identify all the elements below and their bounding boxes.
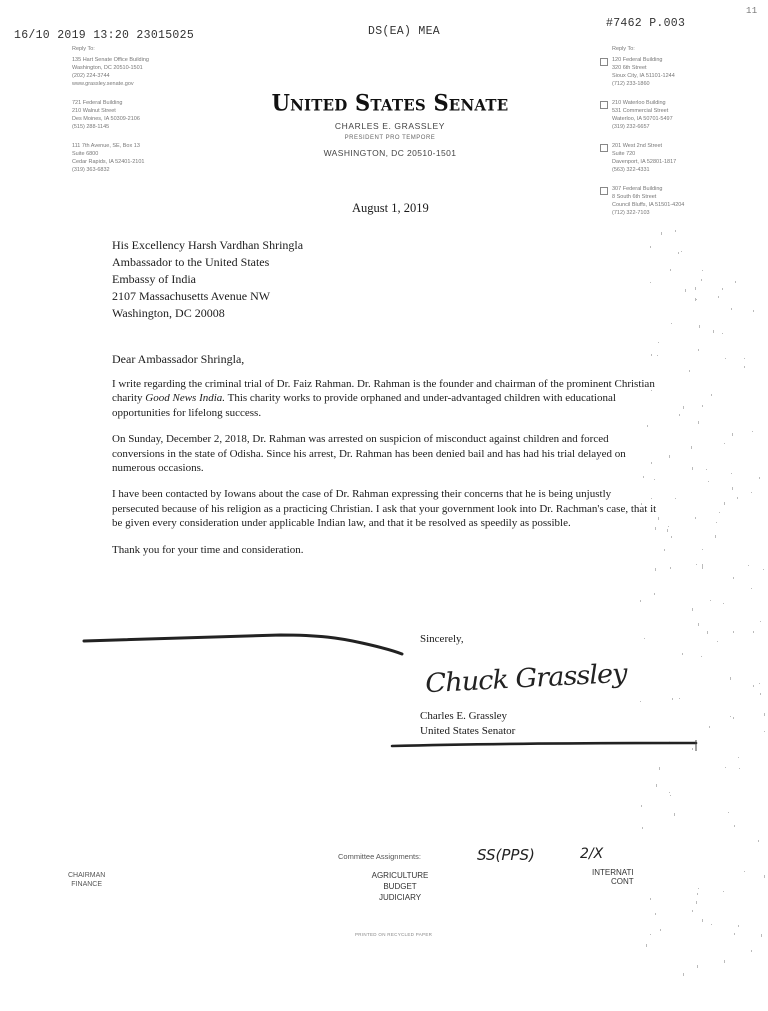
letterhead-address: WASHINGTON, DC 20510-1501 <box>250 148 530 158</box>
ink-stroke-right <box>390 738 700 752</box>
letter-date: August 1, 2019 <box>352 201 429 216</box>
committee-item: BUDGET <box>340 881 460 892</box>
recipient-line: 2107 Massachusetts Avenue NW <box>112 288 303 305</box>
paragraph-3: I have been contacted by Iowans about th… <box>112 487 657 530</box>
recipient-address: His Excellency Harsh Vardhan Shringla Am… <box>112 237 303 322</box>
fax-datetime: 16/10 2019 13:20 23015025 <box>14 29 194 42</box>
recipient-line: Embassy of India <box>112 271 303 288</box>
recipient-line: Washington, DC 20008 <box>112 305 303 322</box>
signer-block: Charles E. Grassley United States Senato… <box>420 709 515 739</box>
signer-name: Charles E. Grassley <box>420 709 515 724</box>
office-checkbox <box>600 187 608 195</box>
paragraph-2: On Sunday, December 2, 2018, Dr. Rahman … <box>112 432 657 475</box>
chairman-label: CHAIRMAN <box>68 871 105 880</box>
recycled-paper-note: PRINTED ON RECYCLED PAPER <box>355 932 432 937</box>
handwritten-note-1: SS(PPS) <box>477 846 535 864</box>
signer-title: United States Senator <box>420 724 515 739</box>
chairman-block: CHAIRMAN FINANCE <box>68 871 105 889</box>
chairman-committee: FINANCE <box>68 880 105 889</box>
committee-label: Committee Assignments: <box>338 852 421 861</box>
committee-item: JUDICIARY <box>340 892 460 903</box>
recipient-line: His Excellency Harsh Vardhan Shringla <box>112 237 303 254</box>
salutation: Dear Ambassador Shringla, <box>112 351 244 368</box>
left-reply-label: Reply To: <box>72 45 149 53</box>
right-office-1: 120 Federal Building 320 6th Street Siou… <box>612 56 684 88</box>
paragraph-1: I write regarding the criminal trial of … <box>112 377 657 420</box>
corner-mark: 11 <box>746 6 757 16</box>
left-office-3: 111 7th Avenue, SE, Box 13 Suite 6800 Ce… <box>72 142 149 174</box>
office-checkbox <box>600 58 608 66</box>
office-checkbox <box>600 144 608 152</box>
right-office-list: Reply To: 120 Federal Building 320 6th S… <box>612 45 684 228</box>
left-office-2: 721 Federal Building 210 Walnut Street D… <box>72 99 149 131</box>
recipient-line: Ambassador to the United States <box>112 254 303 271</box>
office-checkbox <box>600 101 608 109</box>
committee-list: AGRICULTURE BUDGET JUDICIARY <box>340 870 460 903</box>
letter-body: I write regarding the criminal trial of … <box>112 377 657 569</box>
senate-title: United States Senate <box>250 89 530 115</box>
fax-page-ref: #7462 P.003 <box>606 17 685 30</box>
senator-name: CHARLES E. GRASSLEY <box>250 121 530 131</box>
left-office-list: Reply To: 135 Hart Senate Office Buildin… <box>72 45 149 185</box>
handwritten-signature: Chuck Grassley <box>425 659 628 699</box>
letterhead-center: United States Senate CHARLES E. GRASSLEY… <box>250 90 530 158</box>
fax-sender: DS(EA) MEA <box>368 25 440 38</box>
senator-role: PRESIDENT PRO TEMPORE <box>250 135 530 141</box>
right-office-4: 307 Federal Building 8 South 6th Street … <box>612 185 684 217</box>
left-office-1: 135 Hart Senate Office Building Washingt… <box>72 56 149 88</box>
paragraph-4: Thank you for your time and consideratio… <box>112 543 657 557</box>
valediction: Sincerely, <box>420 632 464 647</box>
committee-item: AGRICULTURE <box>340 870 460 881</box>
charity-name: Good News India. <box>145 392 225 404</box>
ink-stroke-left <box>80 630 410 660</box>
right-office-3: 201 West 2nd Street Suite 720 Davenport,… <box>612 142 684 174</box>
right-office-2: 210 Waterloo Building 531 Commercial Str… <box>612 99 684 131</box>
right-reply-label: Reply To: <box>612 45 684 53</box>
handwritten-note-2: 2/X <box>580 846 603 862</box>
partial-committee: INTERNATI CONT <box>592 868 634 886</box>
